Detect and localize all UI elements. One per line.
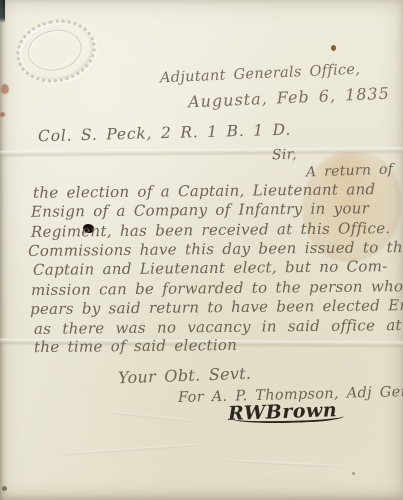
- body-line: pears by said return to have been electe…: [30, 296, 403, 318]
- closing-line: Your Obt. Sevt.: [118, 364, 252, 388]
- foxing-spot: [2, 486, 7, 491]
- foxing-spot: [1, 84, 9, 94]
- salutation: Sir,: [272, 147, 297, 164]
- body-line: the election of a Captain, Lieutenant an…: [33, 180, 376, 202]
- header-date-line: Augusta, Feb 6, 1835: [188, 84, 390, 112]
- paper-sheet: Adjutant Generals Office, Augusta, Feb 6…: [0, 0, 403, 500]
- embossed-seal-icon: [10, 12, 101, 89]
- embossed-seal-inner-ring: [24, 25, 85, 75]
- paper-wrinkle: [40, 442, 220, 458]
- header-office-line: Adjutant Generals Office,: [160, 62, 361, 87]
- paper-wrinkle: [90, 409, 210, 425]
- foxing-spot: [0, 112, 5, 117]
- body-line: Ensign of a Company of Infantry in your: [31, 199, 369, 221]
- body-line: the time of said election: [34, 336, 237, 356]
- opening-phrase: A return of: [306, 161, 394, 180]
- body-line: Captain and Lieutenant elect, but no Com…: [33, 257, 388, 279]
- body-line: Regiment, has been received at this Offi…: [31, 219, 391, 241]
- addressee-line: Col. S. Peck, 2 R. 1 B. 1 D.: [38, 121, 291, 146]
- body-line: mission can be forwarded to the person w…: [31, 277, 403, 299]
- scanned-letter: Adjutant Generals Office, Augusta, Feb 6…: [0, 0, 403, 500]
- paper-wrinkle: [210, 458, 360, 469]
- paper-edge-shadow: [0, 0, 4, 500]
- foxing-spot: [331, 45, 336, 51]
- foxing-spot: [352, 472, 355, 475]
- body-line: as there was no vacancy in said office a…: [34, 316, 402, 338]
